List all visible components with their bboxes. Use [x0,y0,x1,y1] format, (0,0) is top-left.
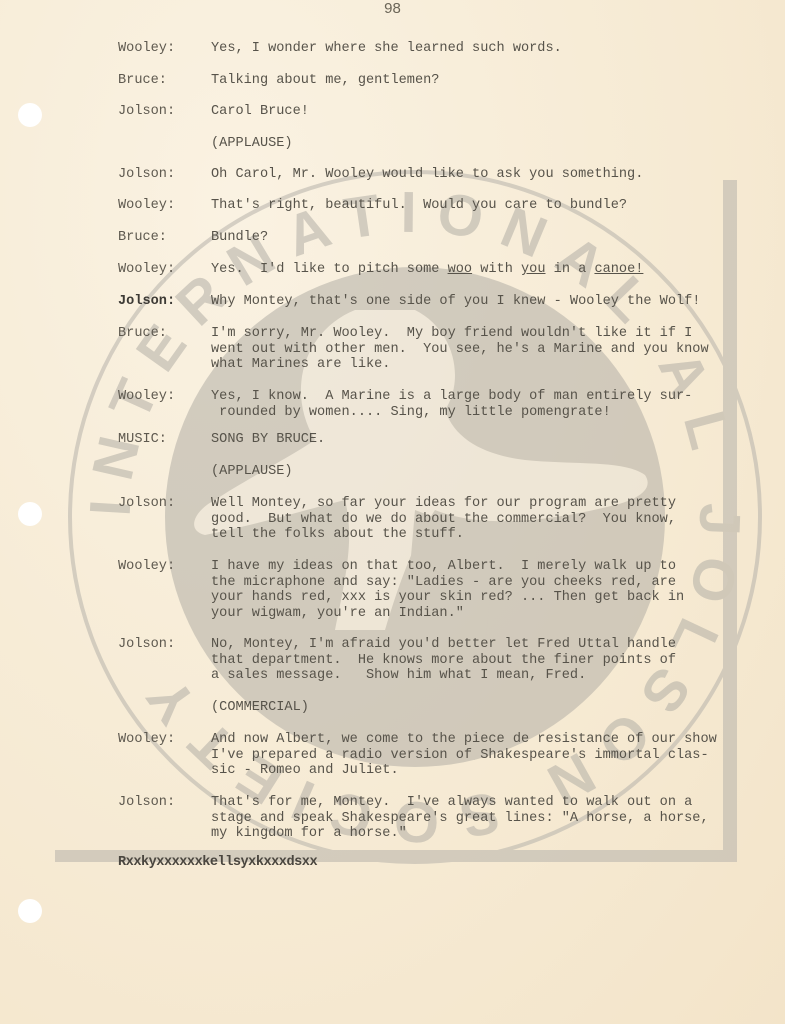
dialogue-line: what Marines are like. [211,357,390,372]
dialogue-line: I'm sorry, Mr. Wooley. My boy friend wou… [211,326,692,341]
dialogue-line: my kingdom for a horse." [211,826,407,841]
speaker-label: Bruce: [118,326,167,341]
dialogue-line: the micraphone and say: "Ladies - are yo… [211,575,676,590]
speaker-label: Jolson: [118,167,175,182]
dialogue-line: your wigwam, you're an Indian." [211,606,464,621]
seal-frame-right [723,180,737,860]
speaker-label: Jolson: [118,637,175,652]
dialogue-line: rounded by women.... Sing, my little pom… [211,405,611,420]
punch-hole [18,103,42,127]
punch-hole [18,502,42,526]
dialogue-line: Bundle? [211,230,268,245]
speaker-label: Bruce: [118,73,167,88]
speaker-label: Wooley: [118,559,175,574]
dialogue-line: SONG BY BRUCE. [211,432,325,447]
speaker-label: Wooley: [118,389,175,404]
dialogue-line: That's for me, Montey. I've always wante… [211,795,692,810]
dialogue-line: Carol Bruce! [211,104,309,119]
speaker-label: Jolson: [118,104,175,119]
speaker-label: MUSIC: [118,432,167,447]
dialogue-line: that department. He knows more about the… [211,653,676,668]
speaker-label: Jolson: [118,795,175,810]
page-number: 98 [0,0,785,17]
dialogue-line: (APPLAUSE) [211,136,293,151]
speaker-label: Bruce: [118,230,167,245]
dialogue-line: That's right, beautiful. Would you care … [211,198,627,213]
dialogue-line: Oh Carol, Mr. Wooley would like to ask y… [211,167,643,182]
dialogue-line: stage and speak Shakespeare's great line… [211,811,709,826]
dialogue-line: your hands red, xxx is your skin red? ..… [211,590,684,605]
speaker-label: Jolson: [118,496,175,511]
dialogue-line: went out with other men. You see, he's a… [211,342,709,357]
dialogue-line: Yes, I wonder where she learned such wor… [211,41,562,56]
dialogue-line: Yes, I know. A Marine is a large body of… [211,389,692,404]
dialogue-line: tell the folks about the stuff. [211,527,464,542]
speaker-label: Wooley: [118,732,175,747]
script-page: INTERNATIONAL AL JOLSON SOCIETY 98 Woole… [0,0,785,1024]
dialogue-line: Why Montey, that's one side of you I kne… [211,294,700,309]
dialogue-line: And now Albert, we come to the piece de … [211,732,717,747]
dialogue-line: Talking about me, gentlemen? [211,73,439,88]
dialogue-line: I've prepared a radio version of Shakesp… [211,748,709,763]
speaker-label: Wooley: [118,198,175,213]
punch-hole [18,899,42,923]
dialogue-line: I have my ideas on that too, Albert. I m… [211,559,676,574]
dialogue-line: No, Montey, I'm afraid you'd better let … [211,637,676,652]
dialogue-line: Yes. I'd like to pitch some woo with you… [211,262,643,277]
dialogue-line: a sales message. Show him what I mean, F… [211,668,586,683]
dialogue-line: good. But what do we do about the commer… [211,512,676,527]
dialogue-line: sic - Romeo and Juliet. [211,763,399,778]
dialogue-line: (COMMERCIAL) [211,700,309,715]
speaker-label: Wooley: [118,262,175,277]
dialogue-line: Well Montey, so far your ideas for our p… [211,496,676,511]
speaker-label: Jolson: [118,294,175,309]
speaker-label: Wooley: [118,41,175,56]
dialogue-line: (APPLAUSE) [211,464,293,479]
struck-out-line: Rxxkyxxxxxxkellsyxkxxxdsxx [118,855,317,870]
